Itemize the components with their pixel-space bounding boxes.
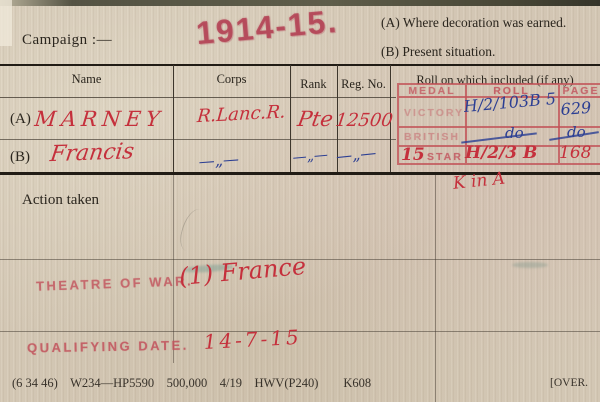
lower-col-line-right bbox=[435, 175, 436, 402]
period-stamp-1914-15: 1914-15. bbox=[195, 3, 340, 52]
over-label: [OVER. bbox=[550, 377, 588, 389]
card-corner-light bbox=[0, 0, 12, 46]
campaign-label: Campaign :— bbox=[22, 32, 112, 49]
stamp-british-medal: BRITISH bbox=[404, 131, 460, 143]
note-a: (A) Where decoration was earned. bbox=[381, 15, 566, 31]
victory-page-ref: 629 bbox=[560, 98, 592, 119]
header-reg-no: Reg. No. bbox=[337, 77, 390, 92]
star-roll-ref: H/2/3 B bbox=[465, 143, 537, 163]
star-page-ref: 168 bbox=[559, 143, 591, 163]
row-a-rank: Pte bbox=[296, 107, 335, 131]
qualifying-date-value: 14-7-15 bbox=[203, 325, 302, 354]
stamp-header-page: PAGE bbox=[558, 85, 600, 97]
row-b-name: Francis bbox=[48, 139, 135, 167]
star-prefix-15: 15 bbox=[401, 145, 425, 165]
theatre-of-war-stamp: THEATRE OF WAR. bbox=[36, 273, 194, 293]
table-bottom-rule bbox=[0, 172, 600, 175]
medal-index-card: Campaign :— 1914-15. (A) Where decoratio… bbox=[0, 0, 600, 402]
table-top-rule bbox=[0, 64, 600, 66]
ink-smudge-right bbox=[512, 262, 548, 268]
british-roll-flourish bbox=[461, 132, 537, 143]
header-corps: Corps bbox=[173, 72, 290, 87]
theatre-of-war-value: (1) France bbox=[178, 252, 307, 291]
header-name: Name bbox=[0, 72, 173, 87]
row-b-rank-ditto: —„— bbox=[292, 147, 329, 166]
row-b-reg-ditto: —„— bbox=[335, 143, 377, 166]
row-b-label: (B) bbox=[10, 149, 30, 166]
stamp-header-medal: MEDAL bbox=[399, 85, 465, 97]
row-a-label: (A) bbox=[10, 111, 31, 128]
row-a-corps: R.Lanc.R. bbox=[196, 101, 286, 127]
pencil-mark bbox=[177, 206, 210, 254]
row-b-corps-ditto: —„— bbox=[198, 149, 240, 171]
row-a-name: MARNEY bbox=[33, 107, 166, 131]
medal-roll-stamp-box: MEDAL ROLL PAGE VICTORY BRITISH 15 STAR … bbox=[397, 83, 600, 165]
header-rank: Rank bbox=[290, 77, 337, 92]
british-page-ditto: do bbox=[567, 123, 586, 141]
row-a-reg-no: 12500 bbox=[334, 110, 394, 131]
british-roll-ditto: do bbox=[505, 124, 524, 142]
printer-imprint: (6 34 46) W234—HP5590 500,000 4/19 HWV(P… bbox=[12, 376, 371, 391]
stamp-star-medal: STAR bbox=[427, 151, 463, 163]
lower-col-line-left bbox=[173, 175, 174, 363]
qualifying-date-stamp: QUALIFYING DATE. bbox=[27, 338, 189, 356]
note-b: (B) Present situation. bbox=[381, 44, 495, 60]
action-taken-label: Action taken bbox=[22, 192, 99, 209]
stamp-victory-medal: VICTORY bbox=[404, 107, 464, 119]
killed-in-action-remark: K in A bbox=[452, 169, 506, 194]
